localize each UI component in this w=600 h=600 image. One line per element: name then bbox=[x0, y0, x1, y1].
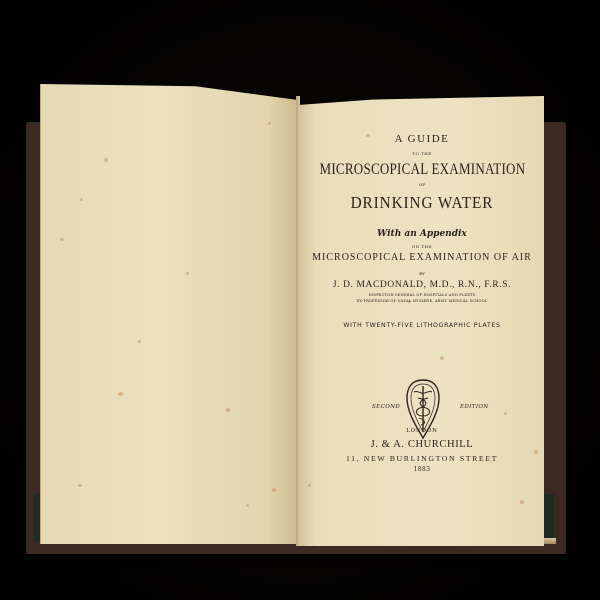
title-line-of: OF bbox=[300, 182, 544, 187]
author-name: J. D. MACDONALD, M.D., R.N., F.R.S. bbox=[300, 280, 544, 290]
edition-right: EDITION bbox=[460, 404, 489, 410]
appendix-on-the: ON THE bbox=[300, 244, 544, 249]
title-page-text: A GUIDE TO THE MICROSCOPICAL EXAMINATION… bbox=[300, 96, 544, 546]
publication-year: 1883 bbox=[300, 466, 544, 473]
title-line-drinking-water: DRINKING WATER bbox=[312, 193, 532, 213]
title-line-a-guide: A GUIDE bbox=[300, 133, 544, 145]
left-blank-page bbox=[40, 84, 299, 544]
publisher-address: 11, NEW BURLINGTON STREET bbox=[300, 454, 544, 463]
appendix-label: With an Appendix bbox=[300, 229, 544, 239]
title-line-to-the: TO THE bbox=[300, 151, 544, 156]
author-credential-2: EX-PROFESSOR OF NAVAL HYGIENE, ARMY MEDI… bbox=[300, 299, 544, 303]
publisher-name: J. & A. CHURCHILL bbox=[300, 439, 544, 450]
edition-left: SECOND bbox=[372, 404, 400, 410]
plates-note: WITH TWENTY-FIVE LITHOGRAPHIC PLATES bbox=[300, 322, 544, 329]
by-label: BY bbox=[300, 271, 544, 276]
publisher-city: LONDON bbox=[300, 428, 544, 434]
title-line-microscopical: MICROSCOPICAL EXAMINATION bbox=[320, 161, 525, 179]
author-credential-1: INSPECTOR-GENERAL OF HOSPITALS AND FLEET… bbox=[300, 293, 544, 297]
appendix-title: MICROSCOPICAL EXAMINATION OF AIR bbox=[300, 252, 544, 263]
